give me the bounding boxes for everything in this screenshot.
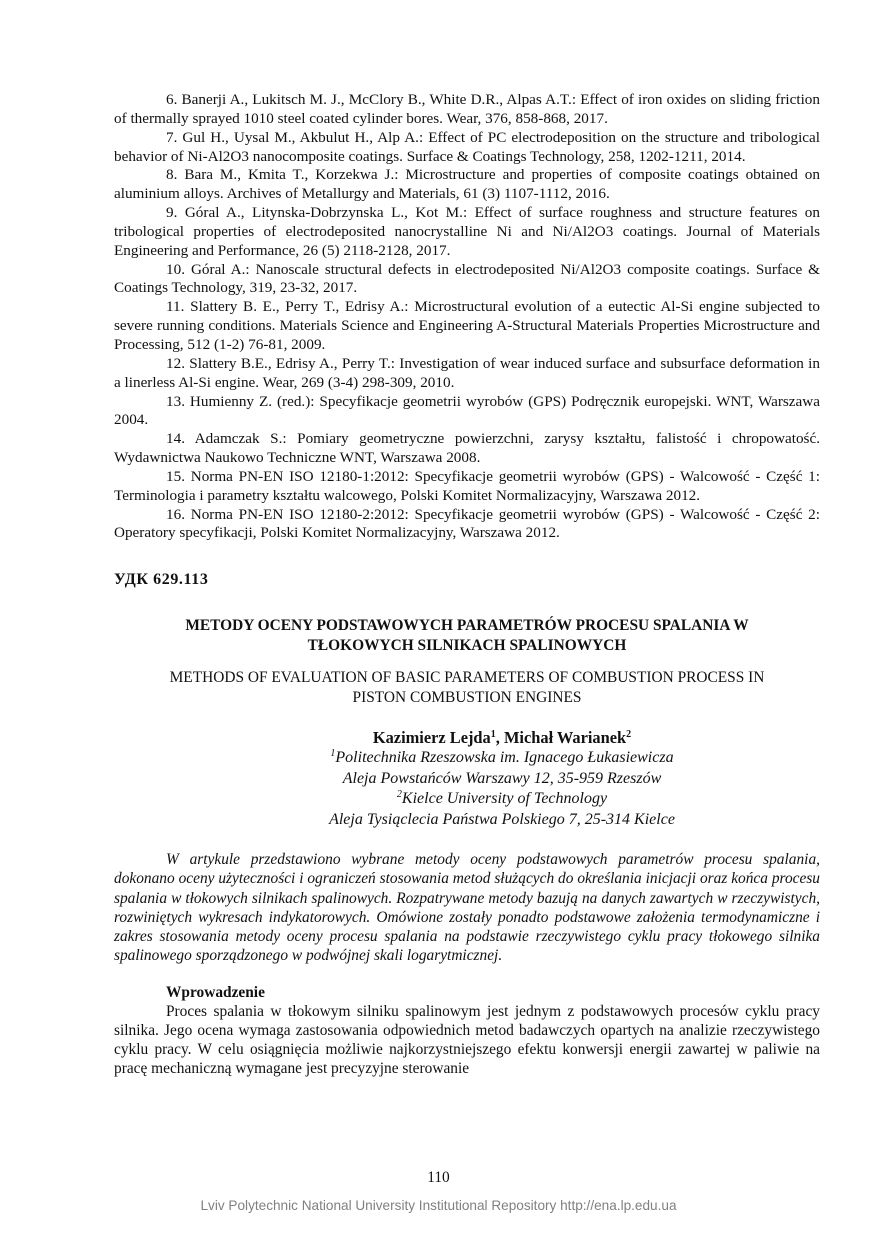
author-separator: , — [496, 728, 504, 747]
author-name: Michał Warianek — [504, 728, 626, 747]
title-pl-line-2: TŁOKOWYCH SILNIKACH SPALINOWYCH — [114, 636, 820, 656]
affiliation-1: 1Politechnika Rzeszowska im. Ignacego Łu… — [184, 748, 820, 789]
affiliation-2: 2Kielce University of Technology Aleja T… — [184, 789, 820, 830]
affiliation-address: Aleja Powstańców Warszawy 12, 35-959 Rze… — [184, 769, 820, 790]
repository-footer: Lviv Polytechnic National University Ins… — [0, 1197, 877, 1215]
affiliation-institution: Kielce University of Technology — [402, 790, 607, 807]
reference-item: 9. Góral A., Litynska-Dobrzynska L., Kot… — [114, 204, 820, 261]
reference-item: 6. Banerji A., Lukitsch M. J., McClory B… — [114, 91, 820, 129]
reference-item: 15. Norma PN-EN ISO 12180-1:2012: Specyf… — [114, 468, 820, 506]
abstract: W artykule przedstawiono wybrane metody … — [114, 850, 820, 965]
reference-item: 14. Adamczak S.: Pomiary geometryczne po… — [114, 430, 820, 468]
article-title-english: METHODS OF EVALUATION OF BASIC PARAMETER… — [114, 668, 820, 708]
reference-list: 6. Banerji A., Lukitsch M. J., McClory B… — [114, 91, 820, 543]
affiliation-institution: Politechnika Rzeszowska im. Ignacego Łuk… — [335, 749, 673, 766]
author-names: Kazimierz Lejda1, Michał Warianek2 — [184, 728, 820, 748]
affiliation-address: Aleja Tysiąclecia Państwa Polskiego 7, 2… — [184, 810, 820, 831]
reference-item: 8. Bara M., Kmita T., Korzekwa J.: Micro… — [114, 166, 820, 204]
title-en-line-1: METHODS OF EVALUATION OF BASIC PARAMETER… — [114, 668, 820, 688]
author-name: Kazimierz Lejda — [373, 728, 491, 747]
author-block: Kazimierz Lejda1, Michał Warianek2 1Poli… — [114, 728, 820, 830]
section-heading: Wprowadzenie — [166, 983, 820, 1002]
reference-item: 11. Slattery B. E., Perry T., Edrisy A.:… — [114, 298, 820, 355]
reference-item: 13. Humienny Z. (red.): Specyfikacje geo… — [114, 393, 820, 431]
udk-code: УДК 629.113 — [114, 570, 820, 590]
body-paragraph: Proces spalania w tłokowym silniku spali… — [114, 1002, 820, 1078]
title-pl-line-1: METODY OCENY PODSTAWOWYCH PARAMETRÓW PRO… — [114, 616, 820, 636]
article-title-polish: METODY OCENY PODSTAWOWYCH PARAMETRÓW PRO… — [114, 616, 820, 656]
reference-item: 12. Slattery B.E., Edrisy A., Perry T.: … — [114, 355, 820, 393]
document-page: 6. Banerji A., Lukitsch M. J., McClory B… — [114, 91, 820, 1078]
reference-item: 16. Norma PN-EN ISO 12180-2:2012: Specyf… — [114, 506, 820, 544]
title-en-line-2: PISTON COMBUSTION ENGINES — [114, 688, 820, 708]
reference-item: 10. Góral A.: Nanoscale structural defec… — [114, 261, 820, 299]
page-number: 110 — [0, 1168, 877, 1188]
reference-item: 7. Gul H., Uysal M., Akbulut H., Alp A.:… — [114, 129, 820, 167]
author-affiliation-marker: 2 — [626, 729, 631, 740]
